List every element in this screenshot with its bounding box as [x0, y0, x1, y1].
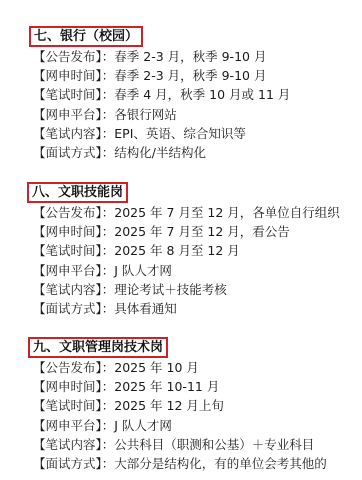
- row-label: 【笔试时间】：: [33, 243, 114, 258]
- row-exam-content: 【笔试内容】：理论考试＋技能考核: [33, 280, 227, 299]
- row-value: 2025 年 7 月至 12 月，各单位自行组织: [114, 205, 340, 220]
- row-label: 【公告发布】：: [33, 360, 114, 375]
- row-apply-time: 【网申时间】：春季 2-3 月，秋季 9-10 月: [33, 66, 266, 85]
- row-platform: 【网申平台】：J 队人才网: [33, 261, 172, 280]
- row-label: 【网申平台】：: [33, 107, 114, 122]
- row-label: 【网申时间】：: [33, 68, 114, 83]
- row-value: EPI、英语、综合知识等: [114, 126, 246, 141]
- row-announcement: 【公告发布】：春季 2-3 月，秋季 9-10 月: [33, 47, 266, 66]
- row-label: 【笔试时间】：: [33, 87, 114, 102]
- row-value: 理论考试＋技能考核: [114, 282, 227, 297]
- row-label: 【笔试时间】：: [33, 398, 114, 413]
- row-apply-time: 【网申时间】：2025 年 7 月至 12 月，看公告: [33, 222, 290, 241]
- row-label: 【网申时间】：: [33, 379, 114, 394]
- row-exam-time: 【笔试时间】：2025 年 8 月至 12 月: [33, 241, 240, 260]
- row-label: 【网申平台】：: [33, 418, 114, 433]
- row-label: 【面试方式】：: [33, 145, 114, 160]
- row-platform: 【网申平台】：J 队人才网: [33, 416, 172, 435]
- row-label: 【公告发布】：: [33, 49, 114, 64]
- row-apply-time: 【网申时间】：2025 年 10-11 月: [33, 377, 219, 396]
- row-platform: 【网申平台】：各银行网站: [33, 105, 177, 124]
- row-label: 【笔试内容】：: [33, 437, 114, 452]
- row-interview: 【面试方式】：结构化/半结构化: [33, 143, 206, 162]
- row-value: 春季 2-3 月，秋季 9-10 月: [114, 68, 266, 83]
- row-interview: 【面试方式】：大部分是结构化，有的单位会考其他的: [33, 454, 327, 473]
- section-heading: 九、文职管理岗技术岗: [28, 337, 168, 358]
- row-value: 2025 年 7 月至 12 月，看公告: [114, 224, 290, 239]
- row-label: 【笔试内容】：: [33, 126, 114, 141]
- row-label: 【网申时间】：: [33, 224, 114, 239]
- row-value: 具体看通知: [114, 301, 177, 316]
- row-value: 公共科目（职测和公基）＋专业科目: [114, 437, 314, 452]
- row-exam-content: 【笔试内容】：EPI、英语、综合知识等: [33, 124, 246, 143]
- row-announcement: 【公告发布】：2025 年 7 月至 12 月，各单位自行组织: [33, 203, 340, 222]
- row-value: 2025 年 8 月至 12 月: [114, 243, 240, 258]
- section-heading: 八、文职技能岗: [27, 182, 128, 203]
- row-value: 2025 年 12 月上旬: [114, 398, 224, 413]
- section-heading: 七、银行（校园）: [29, 26, 143, 47]
- row-exam-time: 【笔试时间】：春季 4 月，秋季 10 月或 11 月: [33, 85, 290, 104]
- row-announcement: 【公告发布】：2025 年 10 月: [33, 358, 199, 377]
- row-label: 【笔试内容】：: [33, 282, 114, 297]
- row-value: J 队人才网: [114, 263, 172, 278]
- row-exam-content: 【笔试内容】：公共科目（职测和公基）＋专业科目: [33, 435, 314, 454]
- row-interview: 【面试方式】：具体看通知: [33, 299, 177, 318]
- row-value: 春季 2-3 月，秋季 9-10 月: [114, 49, 266, 64]
- row-value: J 队人才网: [114, 418, 172, 433]
- row-label: 【公告发布】：: [33, 205, 114, 220]
- row-label: 【面试方式】：: [33, 456, 114, 471]
- row-value: 2025 年 10 月: [114, 360, 199, 375]
- row-value: 各银行网站: [114, 107, 177, 122]
- row-value: 春季 4 月，秋季 10 月或 11 月: [114, 87, 290, 102]
- row-label: 【网申平台】：: [33, 263, 114, 278]
- row-exam-time: 【笔试时间】：2025 年 12 月上旬: [33, 396, 224, 415]
- row-value: 大部分是结构化，有的单位会考其他的: [114, 456, 327, 471]
- row-value: 结构化/半结构化: [114, 145, 206, 160]
- row-value: 2025 年 10-11 月: [114, 379, 219, 394]
- row-label: 【面试方式】：: [33, 301, 114, 316]
